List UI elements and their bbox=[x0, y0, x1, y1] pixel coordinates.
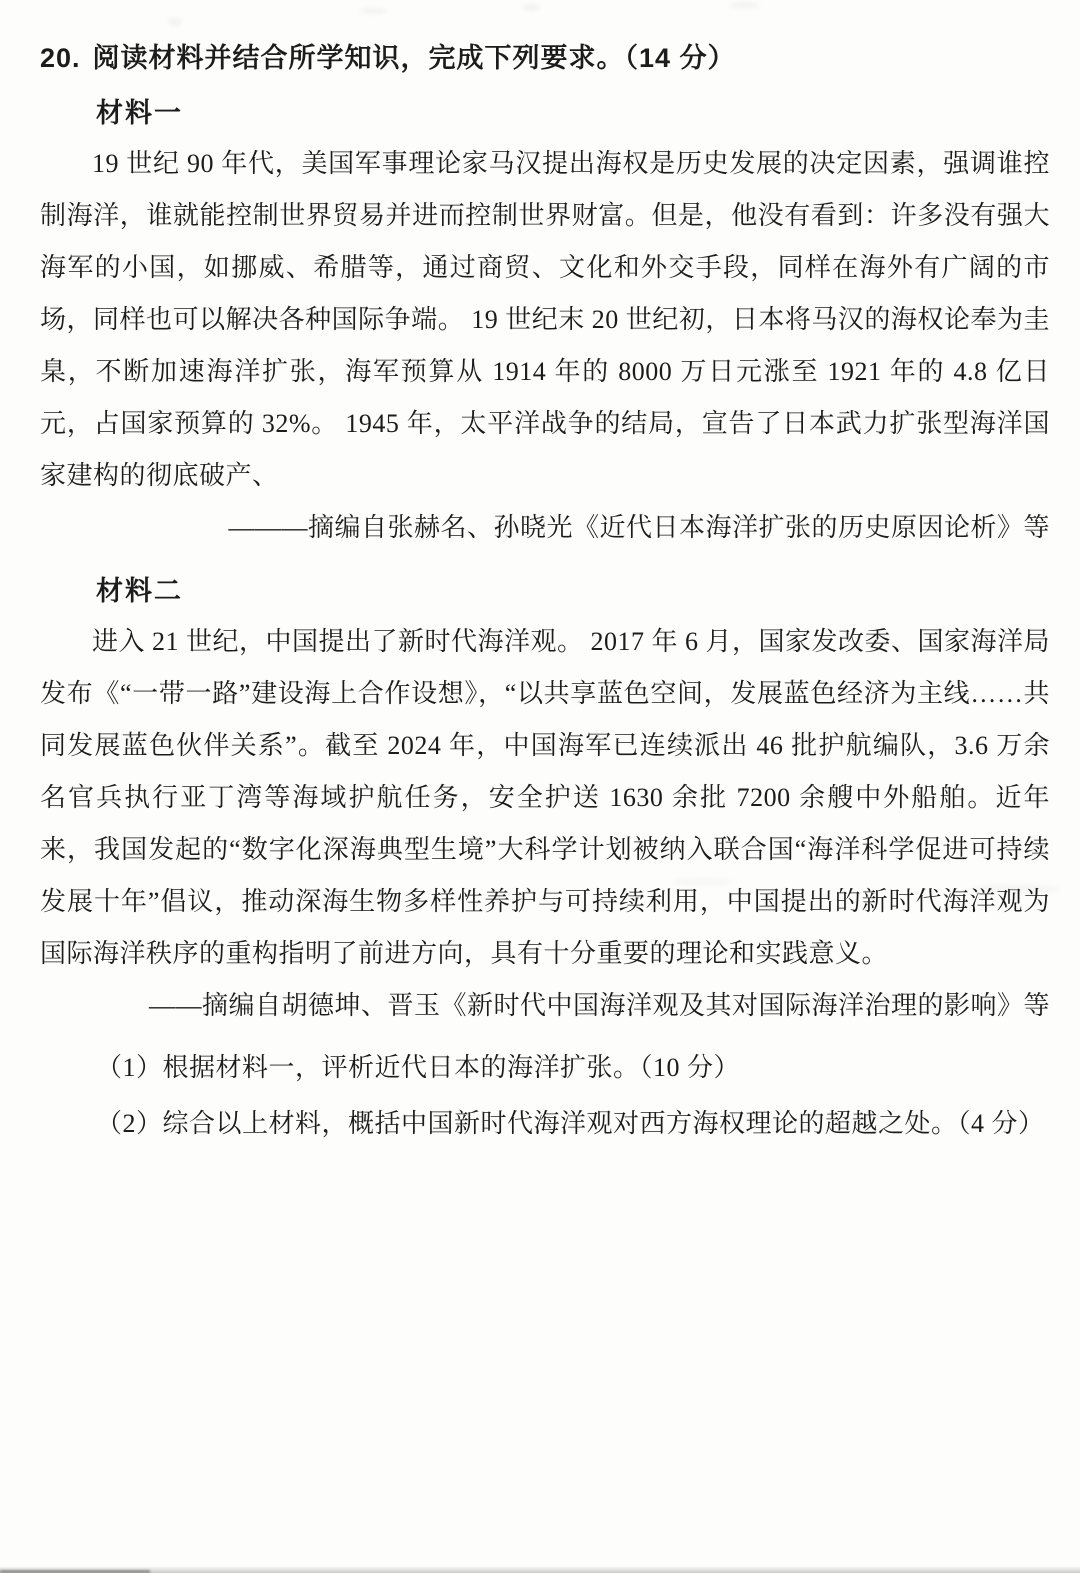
material-two-label: 材料二 bbox=[96, 574, 1050, 608]
scan-artifact bbox=[730, 2, 760, 8]
sub-question-2: （2）综合以上材料，概括中国新时代海洋观对西方海权理论的超越之处。（4 分） bbox=[96, 1104, 1050, 1144]
scan-artifact bbox=[522, 4, 540, 11]
material-two-source: ——摘编自胡德坤、晋玉《新时代中国海洋观及其对国际海洋治理的影响》等 bbox=[40, 980, 1050, 1032]
material-one-paragraph: 19 世纪 90 年代，美国军事理论家马汉提出海权是历史发展的决定因素，强调谁控… bbox=[40, 138, 1050, 502]
material-one-source: ———摘编自张赫名、孙晓光《近代日本海洋扩张的历史原因论析》等 bbox=[40, 502, 1050, 554]
scan-artifact bbox=[168, 18, 182, 26]
sub-question-1: （1）根据材料一，评析近代日本的海洋扩张。（10 分） bbox=[96, 1048, 1050, 1088]
scan-artifact bbox=[360, 8, 386, 14]
document-page: 20.阅读材料并结合所学知识，完成下列要求。（14 分） 材料一 19 世纪 9… bbox=[0, 0, 1080, 1573]
page-edge-shadow bbox=[0, 1566, 1080, 1573]
question-title: 阅读材料并结合所学知识，完成下列要求。（14 分） bbox=[93, 43, 736, 73]
material-one-label: 材料一 bbox=[96, 96, 1050, 130]
question-number: 20. bbox=[40, 43, 81, 73]
question-header: 20.阅读材料并结合所学知识，完成下列要求。（14 分） bbox=[40, 40, 1050, 76]
exam-question-block: 20.阅读材料并结合所学知识，完成下列要求。（14 分） 材料一 19 世纪 9… bbox=[40, 40, 1050, 1144]
material-two-paragraph: 进入 21 世纪，中国提出了新时代海洋观。 2017 年 6 月，国家发改委、国… bbox=[40, 616, 1050, 980]
